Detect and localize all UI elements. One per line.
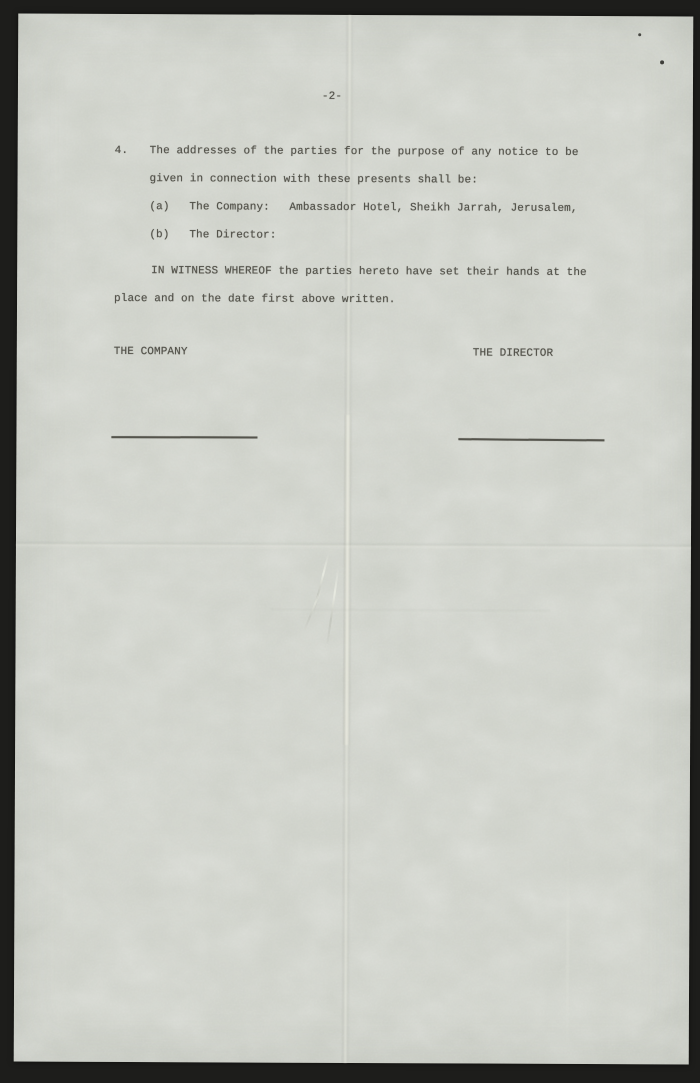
signature-line-director	[458, 438, 604, 441]
paper-texture	[14, 14, 694, 1065]
horizontal-fold-crease	[16, 541, 691, 551]
signature-label-director: THE DIRECTOR	[473, 348, 553, 361]
witness-clause-line-2: place and on the date first above writte…	[114, 293, 396, 307]
vertical-fold-crease	[341, 15, 355, 1063]
ink-speck	[660, 60, 664, 64]
item-b-title: The Director:	[189, 229, 276, 242]
wrinkle-mark	[312, 554, 329, 615]
page-number: -2-	[322, 91, 342, 104]
document-page: -2- 4. The addresses of the parties for …	[14, 14, 694, 1065]
paper-streak	[566, 836, 570, 1062]
witness-clause-line-1: IN WITNESS WHEREOF the parties hereto ha…	[151, 265, 587, 280]
item-a-title: The Company:	[189, 201, 269, 214]
item-a-label: (a)	[149, 201, 169, 214]
item-a-value: Ambassador Hotel, Sheikh Jarrah, Jerusal…	[289, 202, 577, 216]
clause-text-line-2: given in connection with these presents …	[150, 173, 478, 187]
vertical-fold-highlight	[343, 415, 351, 745]
item-b-label: (b)	[149, 229, 169, 242]
ink-speck	[638, 33, 641, 36]
clause-number: 4.	[115, 145, 128, 158]
wrinkle-mark	[303, 588, 322, 631]
signature-line-company	[111, 436, 257, 438]
horizontal-crease-faint	[271, 609, 551, 614]
wrinkle-mark	[326, 567, 339, 646]
clause-text-line-1: The addresses of the parties for the pur…	[150, 145, 579, 160]
signature-label-company: THE COMPANY	[114, 346, 188, 359]
